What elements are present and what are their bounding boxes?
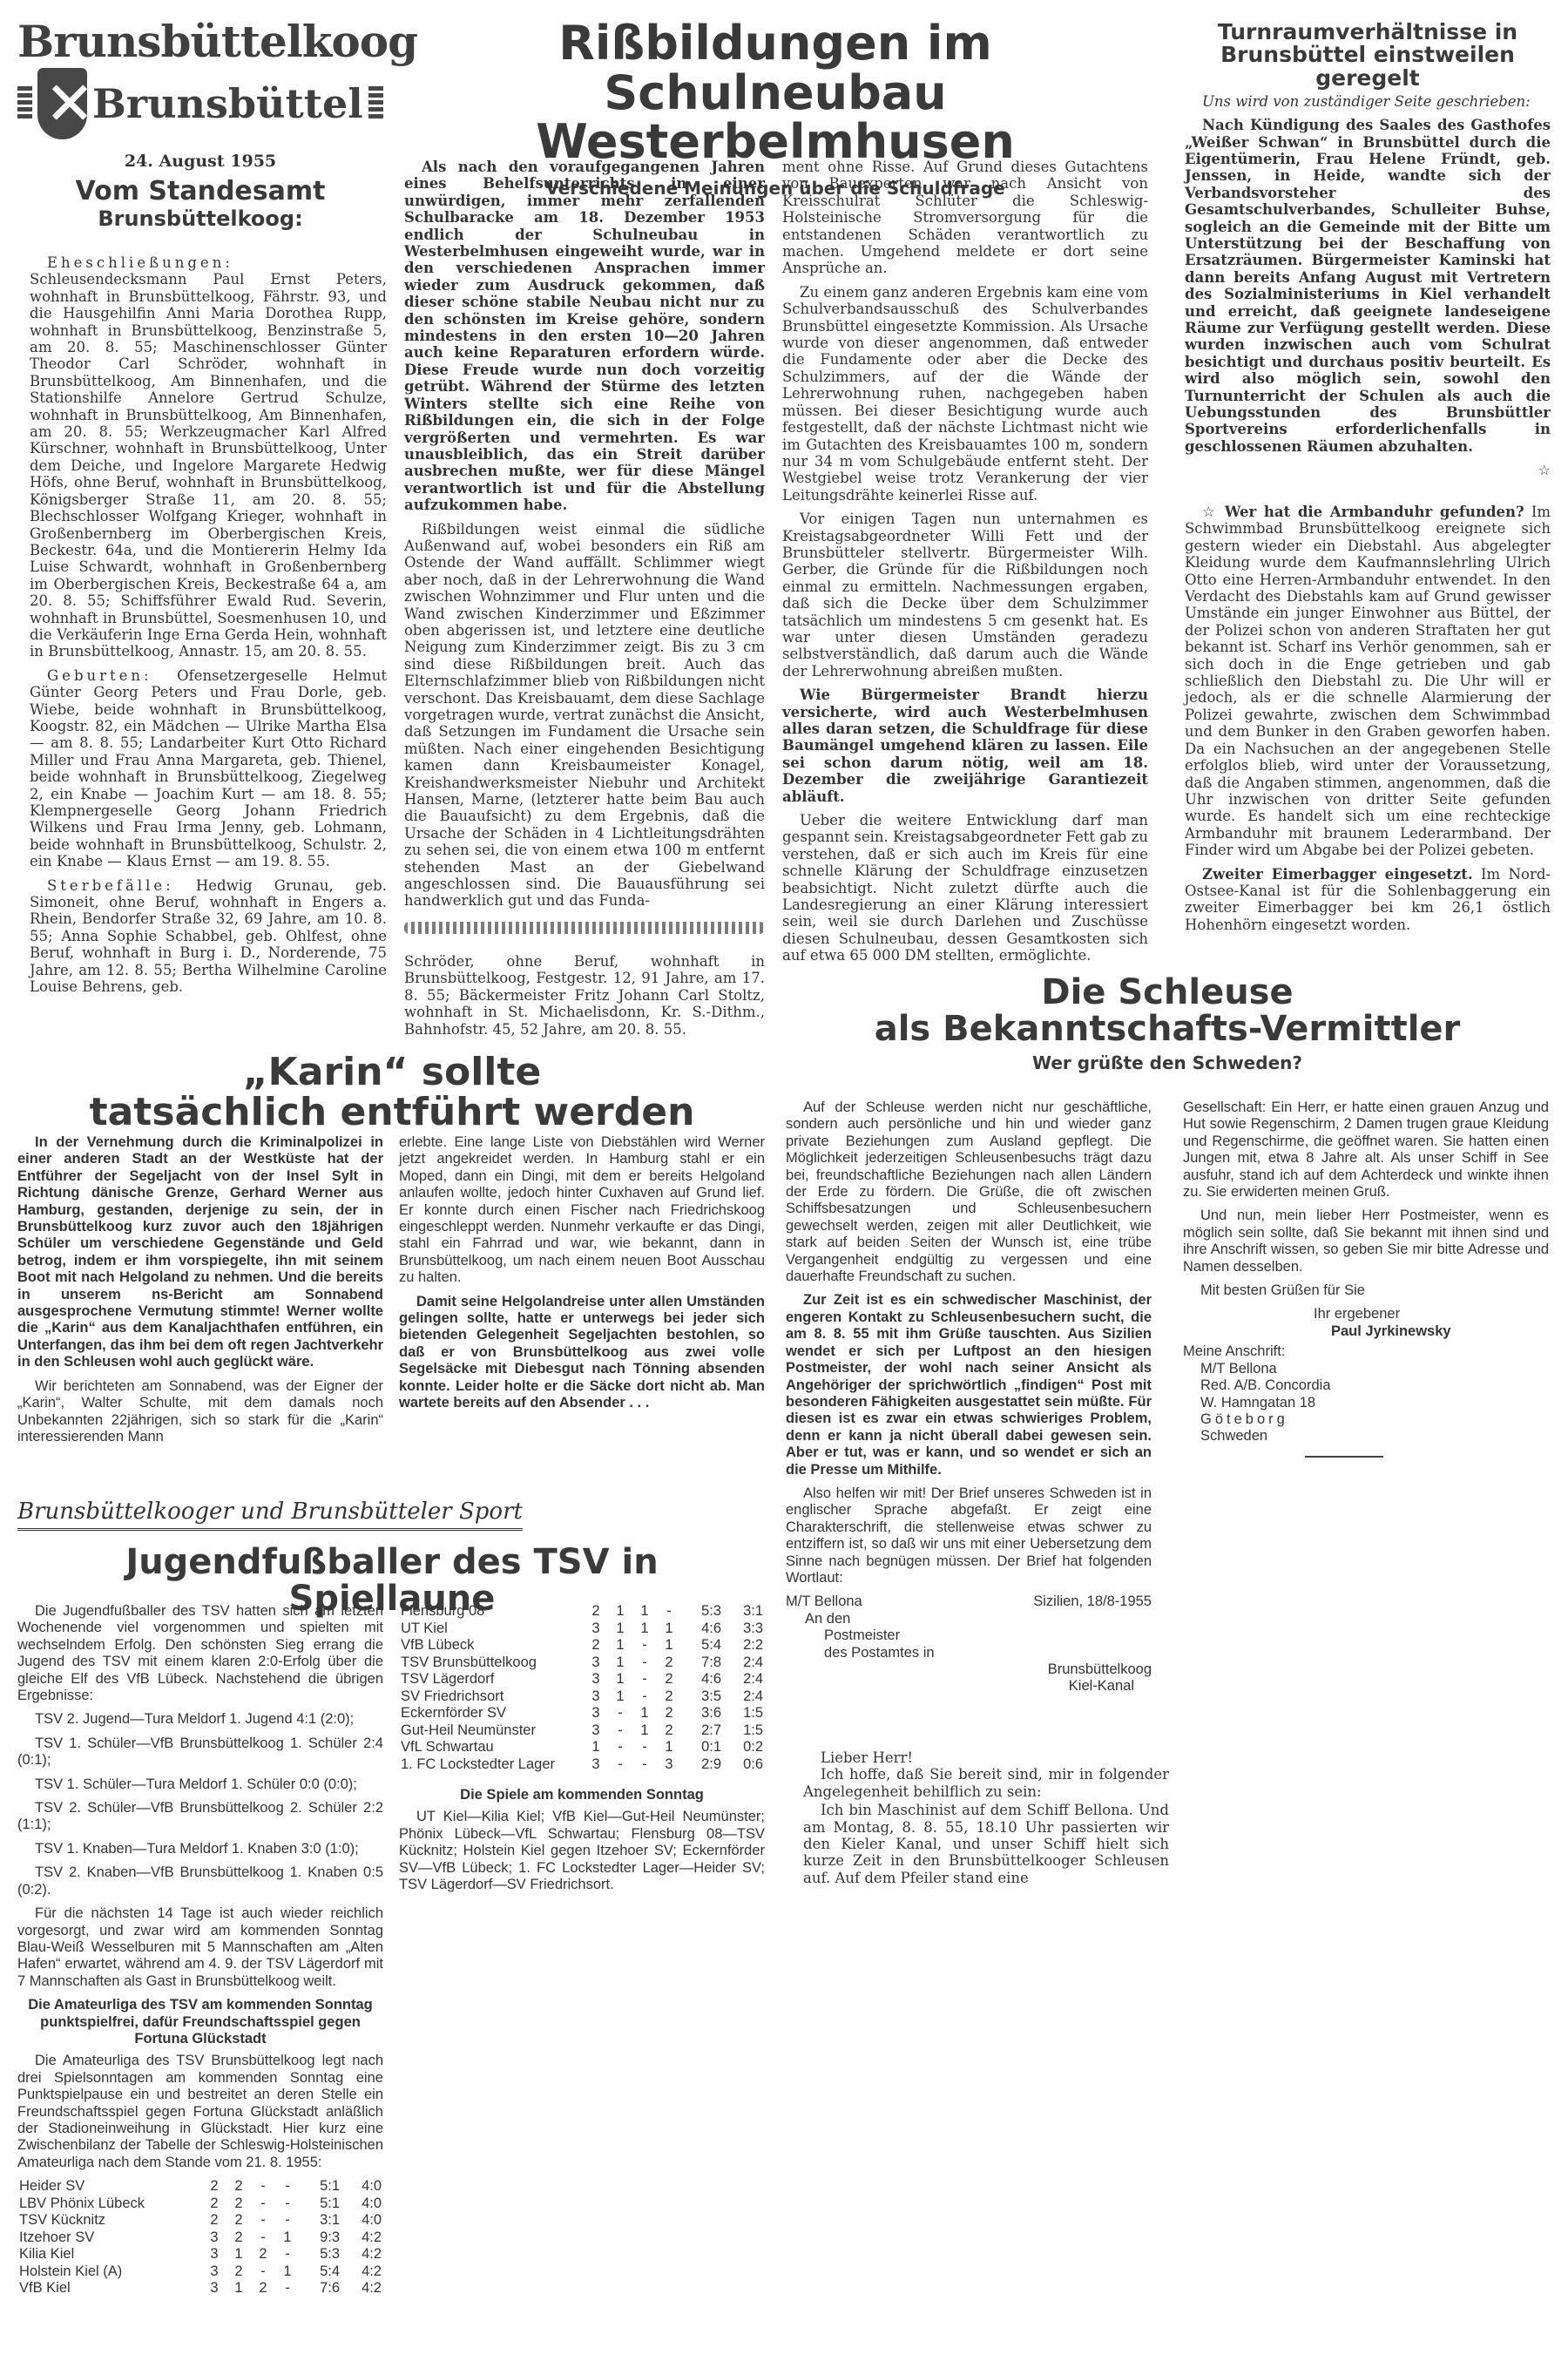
- table-cell: 1: [632, 1705, 657, 1722]
- karin-para: Wir berichteten am Sonnabend, was der Ei…: [17, 1378, 383, 1446]
- wave-divider-icon: [404, 922, 765, 934]
- armbanduhr-body: Im Schwimmbad Brunsbüttelkoog ereignete …: [1185, 504, 1551, 858]
- table-row: Itzehoer SV32-19:34:2: [17, 2229, 383, 2247]
- issue-date: 24. August 1955: [17, 152, 383, 171]
- table-cell: 2: [226, 2229, 251, 2247]
- address-line: W. Hamngatan 18: [1183, 1395, 1549, 1411]
- table-cell: 2:7: [681, 1722, 723, 1740]
- table-cell: Kilia Kiel: [17, 2246, 202, 2263]
- table-cell: Holstein Kiel (A): [17, 2263, 202, 2281]
- table-cell: Eckernförder SV: [399, 1705, 584, 1722]
- schulneubau-col-1: Als nach den voraufgegangenen Jahren ein…: [404, 159, 765, 1045]
- letter-recipient-line: Kiel-Kanal: [786, 1678, 1152, 1695]
- letter: M/T BellonaSizilien, 18/8-1955 An den Po…: [786, 1593, 1152, 1695]
- table-cell: -: [251, 2178, 275, 2195]
- schulneubau-para: ment ohne Risse. Auf Grund dieses Gutach…: [782, 159, 1148, 277]
- table-cell: 3: [584, 1722, 608, 1740]
- sterbefaelle-label: Sterbefälle:: [47, 877, 174, 894]
- table-cell: 2: [584, 1603, 608, 1620]
- karin-headline-1: „Karin“ sollte: [17, 1052, 767, 1093]
- table-cell: 0:6: [723, 1756, 765, 1774]
- table-cell: 1: [657, 1739, 681, 1756]
- schleuse-col-1: Auf der Schleuse werden nicht nur geschä…: [786, 1099, 1152, 1695]
- table-cell: 3: [657, 1756, 681, 1774]
- table-cell: 1: [632, 1620, 657, 1638]
- schleuse-header: Die Schleuse als Bekanntschafts-Vermittl…: [784, 974, 1551, 1073]
- table-cell: 3: [584, 1705, 608, 1722]
- address-line: Schweden: [1183, 1428, 1549, 1444]
- table-cell: 0:1: [681, 1739, 723, 1756]
- star-icon: ☆: [1202, 504, 1218, 520]
- armbanduhr-title: Wer hat die Armbanduhr gefunden?: [1225, 504, 1524, 520]
- table-cell: 2: [226, 2212, 251, 2229]
- schleuse-para: Also helfen wir mit! Der Brief unseres S…: [786, 1485, 1152, 1587]
- table-cell: 2: [202, 2212, 226, 2229]
- table-cell: 2:4: [723, 1671, 765, 1688]
- table-cell: 1: [226, 2246, 251, 2263]
- table-cell: 3: [584, 1654, 608, 1672]
- table-cell: 1: [275, 2229, 300, 2247]
- table-cell: -: [275, 2246, 300, 2263]
- table-cell: 1. FC Lockstedter Lager: [399, 1756, 584, 1774]
- table-cell: 3: [584, 1688, 608, 1706]
- league-table-part-2: Flensburg 08211-5:33:1 UT Kiel31114:63:3…: [399, 1603, 765, 1773]
- table-cell: 3: [584, 1671, 608, 1688]
- table-cell: -: [632, 1688, 657, 1706]
- table-cell: SV Friedrichsort: [399, 1688, 584, 1706]
- table-cell: 1: [608, 1603, 632, 1620]
- geburten-text: Ofensetzergeselle Helmut Günter Georg Pe…: [30, 667, 387, 869]
- sport-result: TSV 1. Schüler—Tura Meldorf 1. Schüler 0…: [17, 1776, 383, 1793]
- table-cell: 1: [608, 1688, 632, 1706]
- sterbefaelle-cont: Schröder, ohne Beruf, wohnhaft in Brunsb…: [404, 953, 765, 1038]
- table-row: VfB Kiel312-7:64:2: [17, 2280, 383, 2297]
- table-cell: 3: [584, 1620, 608, 1638]
- standesamt-title: Vom Standesamt: [17, 176, 383, 206]
- schleuse-headline-1: Die Schleuse: [784, 974, 1551, 1011]
- table-cell: 4:0: [341, 2195, 383, 2213]
- table-row: TSV Kücknitz22--3:14:0: [17, 2212, 383, 2229]
- table-cell: 4:2: [341, 2263, 383, 2281]
- schleuse-headline-2: als Bekanntschafts-Vermittler: [784, 1011, 1551, 1047]
- table-cell: -: [251, 2229, 275, 2247]
- sunday-games-body: UT Kiel—Kilia Kiel; VfB Kiel—Gut-Heil Ne…: [399, 1809, 765, 1893]
- table-cell: 2: [226, 2263, 251, 2281]
- table-cell: 2: [657, 1722, 681, 1740]
- address-label: Meine Anschrift:: [1183, 1343, 1549, 1360]
- table-cell: 2:4: [723, 1654, 765, 1672]
- schulneubau-para: Ueber die weitere Entwicklung darf man g…: [782, 812, 1148, 964]
- table-cell: 3: [202, 2280, 226, 2297]
- address-line: M/T Bellona: [1183, 1361, 1549, 1377]
- table-cell: 2: [251, 2246, 275, 2263]
- turnraum-headline: Turnraumverhältnisse in Brunsbüttel eins…: [1185, 21, 1551, 90]
- table-cell: 2: [251, 2280, 275, 2297]
- sport-result: TSV 2. Knaben—VfB Brunsbüttelkoog 1. Kna…: [17, 1864, 383, 1898]
- league-table-part-1: Heider SV22--5:14:0 LBV Phönix Lübeck22-…: [17, 2178, 383, 2297]
- table-row: LBV Phönix Lübeck22--5:14:0: [17, 2195, 383, 2213]
- table-row: SV Friedrichsort31-23:52:4: [399, 1688, 765, 1706]
- table-cell: -: [275, 2195, 300, 2213]
- schleuse-para: Auf der Schleuse werden nicht nur geschä…: [786, 1099, 1152, 1285]
- table-row: Holstein Kiel (A)32-15:44:2: [17, 2263, 383, 2281]
- table-cell: 5:1: [300, 2178, 341, 2195]
- table-cell: 5:4: [300, 2263, 341, 2281]
- table-row: Heider SV22--5:14:0: [17, 2178, 383, 2195]
- letter-para: Ich hoffe, daß Sie bereit sind, mir in f…: [803, 1766, 1169, 1800]
- sport-result: TSV 1. Knaben—Tura Meldorf 1. Knaben 3:0…: [17, 1841, 383, 1857]
- table-cell: -: [608, 1705, 632, 1722]
- schleuse-deck: Wer grüßte den Schweden?: [784, 1052, 1551, 1073]
- sport-col-2: Flensburg 08211-5:33:1 UT Kiel31114:63:3…: [399, 1603, 765, 1900]
- table-cell: 3:3: [723, 1620, 765, 1638]
- table-cell: Itzehoer SV: [17, 2229, 202, 2247]
- ribbon-left-icon: [17, 86, 32, 121]
- letter-signature: Paul Jyrkinewsky: [1183, 1323, 1549, 1340]
- table-cell: 4:0: [341, 2212, 383, 2229]
- table-row: VfL Schwartau1--10:10:2: [399, 1739, 765, 1756]
- letter-para: Ich bin Maschinist auf dem Schiff Bellon…: [803, 1802, 1169, 1886]
- letter-body: Lieber Herr! Ich hoffe, daß Sie bereit s…: [803, 1749, 1169, 1893]
- table-cell: 2:2: [723, 1637, 765, 1654]
- eheschliessungen-text: Schleusendecksmann Paul Ernst Peters, wo…: [30, 271, 387, 660]
- table-cell: 1: [226, 2280, 251, 2297]
- table-row: Kilia Kiel312-5:34:2: [17, 2246, 383, 2263]
- table-cell: -: [275, 2178, 300, 2195]
- table-cell: 1: [608, 1654, 632, 1672]
- sport-intro: Die Jugendfußballer des TSV hatten sich …: [17, 1603, 383, 1704]
- table-cell: TSV Kücknitz: [17, 2212, 202, 2229]
- table-cell: VfL Schwartau: [399, 1739, 584, 1756]
- armbanduhr-article: ☆ Wer hat die Armbanduhr gefunden? Im Sc…: [1185, 504, 1551, 940]
- turnraum-body: Nach Kündigung des Saales des Gasthofes …: [1185, 117, 1551, 455]
- eimerbagger-title: Zweiter Eimerbagger eingesetzt.: [1202, 866, 1473, 883]
- address-line: Göteborg: [1183, 1411, 1549, 1428]
- table-cell: 2: [584, 1637, 608, 1654]
- karin-headline-2: tatsächlich entführt werden: [17, 1093, 767, 1133]
- end-rule: [1305, 1456, 1383, 1458]
- table-cell: 2: [202, 2178, 226, 2195]
- table-cell: 1: [632, 1722, 657, 1740]
- table-cell: VfB Lübeck: [399, 1637, 584, 1654]
- sterbefaelle-text: Hedwig Grunau, geb. Simoneit, ohne Beruf…: [30, 877, 387, 995]
- letter-recipient-line: Brunsbüttelkoog: [786, 1661, 1152, 1678]
- table-cell: 2: [226, 2195, 251, 2213]
- table-row: VfB Lübeck21-15:42:2: [399, 1637, 765, 1654]
- table-cell: 9:3: [300, 2229, 341, 2247]
- table-cell: 3: [584, 1756, 608, 1774]
- table-cell: 1: [657, 1620, 681, 1638]
- amateurliga-headline: Die Amateurliga des TSV am kommenden Son…: [17, 1997, 383, 2047]
- table-cell: 2: [226, 2178, 251, 2195]
- table-cell: 4:0: [341, 2178, 383, 2195]
- schulneubau-para-bold: Wie Bürgermeister Brandt hierzu versiche…: [782, 687, 1148, 805]
- table-cell: 5:3: [300, 2246, 341, 2263]
- karin-header: „Karin“ sollte tatsächlich entführt werd…: [17, 1052, 767, 1133]
- letter-recipient-line: An den: [786, 1611, 1152, 1627]
- table-cell: VfB Kiel: [17, 2280, 202, 2297]
- table-cell: LBV Phönix Lübeck: [17, 2195, 202, 2213]
- table-cell: 1:5: [723, 1705, 765, 1722]
- letter-from: M/T Bellona: [786, 1593, 862, 1610]
- table-cell: 2: [657, 1671, 681, 1688]
- schleuse-para: Gesellschaft: Ein Herr, er hatte einen g…: [1183, 1099, 1549, 1201]
- sport-outlook: Für die nächsten 14 Tage ist auch wieder…: [17, 1905, 383, 1990]
- table-cell: 3: [202, 2229, 226, 2247]
- letter-closing-2: Ihr ergebener: [1183, 1306, 1549, 1323]
- karin-col-1: In der Vernehmung durch die Kriminalpoli…: [17, 1134, 383, 1452]
- table-cell: -: [251, 2212, 275, 2229]
- table-cell: -: [251, 2195, 275, 2213]
- table-row: TSV Brunsbüttelkoog31-27:82:4: [399, 1654, 765, 1672]
- table-cell: 2: [657, 1705, 681, 1722]
- turnraum-article: Turnraumverhältnisse in Brunsbüttel eins…: [1185, 21, 1551, 478]
- table-cell: 4:6: [681, 1671, 723, 1688]
- sunday-games-headline: Die Spiele am kommenden Sonntag: [399, 1787, 765, 1803]
- table-cell: 4:2: [341, 2280, 383, 2297]
- table-cell: Heider SV: [17, 2178, 202, 2195]
- table-cell: -: [632, 1671, 657, 1688]
- table-cell: 4:6: [681, 1620, 723, 1638]
- standesamt-place: Brunsbüttelkoog:: [17, 206, 383, 231]
- table-cell: 2: [657, 1654, 681, 1672]
- table-row: 1. FC Lockstedter Lager3--32:90:6: [399, 1756, 765, 1774]
- table-cell: UT Kiel: [399, 1620, 584, 1638]
- masthead-title-1: Brunsbüttelkoog: [17, 17, 383, 66]
- star-icon: ☆: [1185, 462, 1551, 478]
- table-cell: 1: [632, 1603, 657, 1620]
- table-cell: 1: [608, 1671, 632, 1688]
- table-cell: 4:2: [341, 2229, 383, 2247]
- table-cell: 5:1: [300, 2195, 341, 2213]
- table-cell: 2: [202, 2195, 226, 2213]
- table-cell: -: [608, 1756, 632, 1774]
- table-cell: Gut-Heil Neumünster: [399, 1722, 584, 1740]
- table-row: UT Kiel31114:63:3: [399, 1620, 765, 1638]
- schulneubau-para: Zu einem ganz anderen Ergebnis kam eine …: [782, 284, 1148, 504]
- table-cell: 1: [275, 2263, 300, 2281]
- table-cell: -: [632, 1654, 657, 1672]
- table-cell: 7:6: [300, 2280, 341, 2297]
- schulneubau-headline-1: Rißbildungen im Schulneubau: [401, 19, 1150, 118]
- sport-result: TSV 1. Schüler—VfB Brunsbüttelkoog 1. Sc…: [17, 1735, 383, 1769]
- table-cell: 1: [608, 1620, 632, 1638]
- table-cell: Flensburg 08: [399, 1603, 584, 1620]
- table-cell: -: [608, 1722, 632, 1740]
- table-cell: -: [275, 2280, 300, 2297]
- table-row: Eckernförder SV3-123:61:5: [399, 1705, 765, 1722]
- masthead-row-2: Brunsbüttel: [17, 68, 383, 139]
- table-cell: -: [251, 2263, 275, 2281]
- table-cell: 3:6: [681, 1705, 723, 1722]
- table-cell: 2:4: [723, 1688, 765, 1706]
- letter-place-date: Sizilien, 18/8-1955: [1033, 1593, 1152, 1610]
- table-cell: 1:5: [723, 1722, 765, 1740]
- table-cell: 2: [657, 1688, 681, 1706]
- geburten-label: Geburten:: [47, 667, 152, 684]
- letter-closing: Mit besten Grüßen für Sie: [1183, 1282, 1549, 1299]
- eheschliessungen-label: Eheschließungen:: [47, 254, 233, 271]
- table-cell: TSV Brunsbüttelkoog: [399, 1654, 584, 1672]
- letter-recipient-line: des Postamtes in: [786, 1645, 1152, 1661]
- schulneubau-para: Vor einigen Tagen nun unternahmen es Kre…: [782, 511, 1148, 680]
- schulneubau-para: Rißbildungen weist einmal die südliche A…: [404, 521, 765, 910]
- karin-para: erlebte. Eine lange Liste von Diebstähle…: [399, 1134, 765, 1287]
- sport-result: TSV 2. Schüler—VfB Brunsbüttelkoog 2. Sc…: [17, 1800, 383, 1834]
- masthead: Brunsbüttelkoog Brunsbüttel 24. August 1…: [17, 17, 383, 231]
- table-cell: 4:2: [341, 2246, 383, 2263]
- schulneubau-lead: Als nach den voraufgegangenen Jahren ein…: [404, 159, 765, 514]
- schleuse-para: Und nun, mein lieber Herr Postmeister, w…: [1183, 1208, 1549, 1275]
- address-line: Red. A/B. Concordia: [1183, 1377, 1549, 1394]
- table-cell: 0:2: [723, 1739, 765, 1756]
- table-cell: 3: [202, 2263, 226, 2281]
- schulneubau-col-2: ment ohne Risse. Auf Grund dieses Gutach…: [782, 159, 1148, 971]
- karin-lead: In der Vernehmung durch die Kriminalpoli…: [17, 1134, 383, 1371]
- table-cell: 3: [202, 2246, 226, 2263]
- table-row: TSV Lägerdorf31-24:62:4: [399, 1671, 765, 1688]
- sport-col-1: Die Jugendfußballer des TSV hatten sich …: [17, 1603, 383, 2297]
- letter-salutation: Lieber Herr!: [821, 1749, 1169, 1766]
- masthead-title-2: Brunsbüttel: [92, 80, 363, 127]
- table-cell: -: [632, 1756, 657, 1774]
- sport-kicker: Brunsbüttelkooger und Brunsbütteler Spor…: [17, 1499, 523, 1531]
- table-cell: 1: [657, 1637, 681, 1654]
- schleuse-para-bold: Zur Zeit ist es ein schwedischer Maschin…: [786, 1292, 1152, 1478]
- sport-result: TSV 2. Jugend—Tura Meldorf 1. Jugend 4:1…: [17, 1711, 383, 1728]
- table-cell: -: [632, 1637, 657, 1654]
- ribbon-right-icon: [368, 86, 383, 121]
- table-cell: -: [275, 2212, 300, 2229]
- table-cell: 1: [584, 1739, 608, 1756]
- karin-col-2: erlebte. Eine lange Liste von Diebstähle…: [399, 1134, 765, 1419]
- table-cell: 1: [608, 1637, 632, 1654]
- table-cell: 5:3: [681, 1603, 723, 1620]
- table-cell: -: [632, 1739, 657, 1756]
- table-cell: -: [657, 1603, 681, 1620]
- sport-kicker-text: Brunsbüttelkooger und Brunsbütteler Spor…: [17, 1499, 523, 1531]
- table-cell: TSV Lägerdorf: [399, 1671, 584, 1688]
- standesamt-article: Eheschließungen: Schleusendecksmann Paul…: [30, 254, 387, 1002]
- table-row: Gut-Heil Neumünster3-122:71:5: [399, 1722, 765, 1740]
- table-cell: -: [608, 1739, 632, 1756]
- table-cell: 7:8: [681, 1654, 723, 1672]
- letter-recipient-line: Postmeister: [786, 1627, 1152, 1644]
- table-cell: 2:9: [681, 1756, 723, 1774]
- table-cell: 3:1: [300, 2212, 341, 2229]
- table-row: Flensburg 08211-5:33:1: [399, 1603, 765, 1620]
- table-cell: 3:5: [681, 1688, 723, 1706]
- table-cell: 5:4: [681, 1637, 723, 1654]
- karin-para-bold: Damit seine Helgolandreise unter allen U…: [399, 1294, 765, 1412]
- amateurliga-body: Die Amateurliga des TSV Brunsbüttelkoog …: [17, 2053, 383, 2171]
- table-cell: 3:1: [723, 1603, 765, 1620]
- schleuse-col-2: Gesellschaft: Ein Herr, er hatte einen g…: [1183, 1099, 1549, 1458]
- turnraum-intro: Uns wird von zuständiger Seite geschrieb…: [1185, 93, 1551, 110]
- crest-anchor-shovel-icon: [37, 68, 87, 139]
